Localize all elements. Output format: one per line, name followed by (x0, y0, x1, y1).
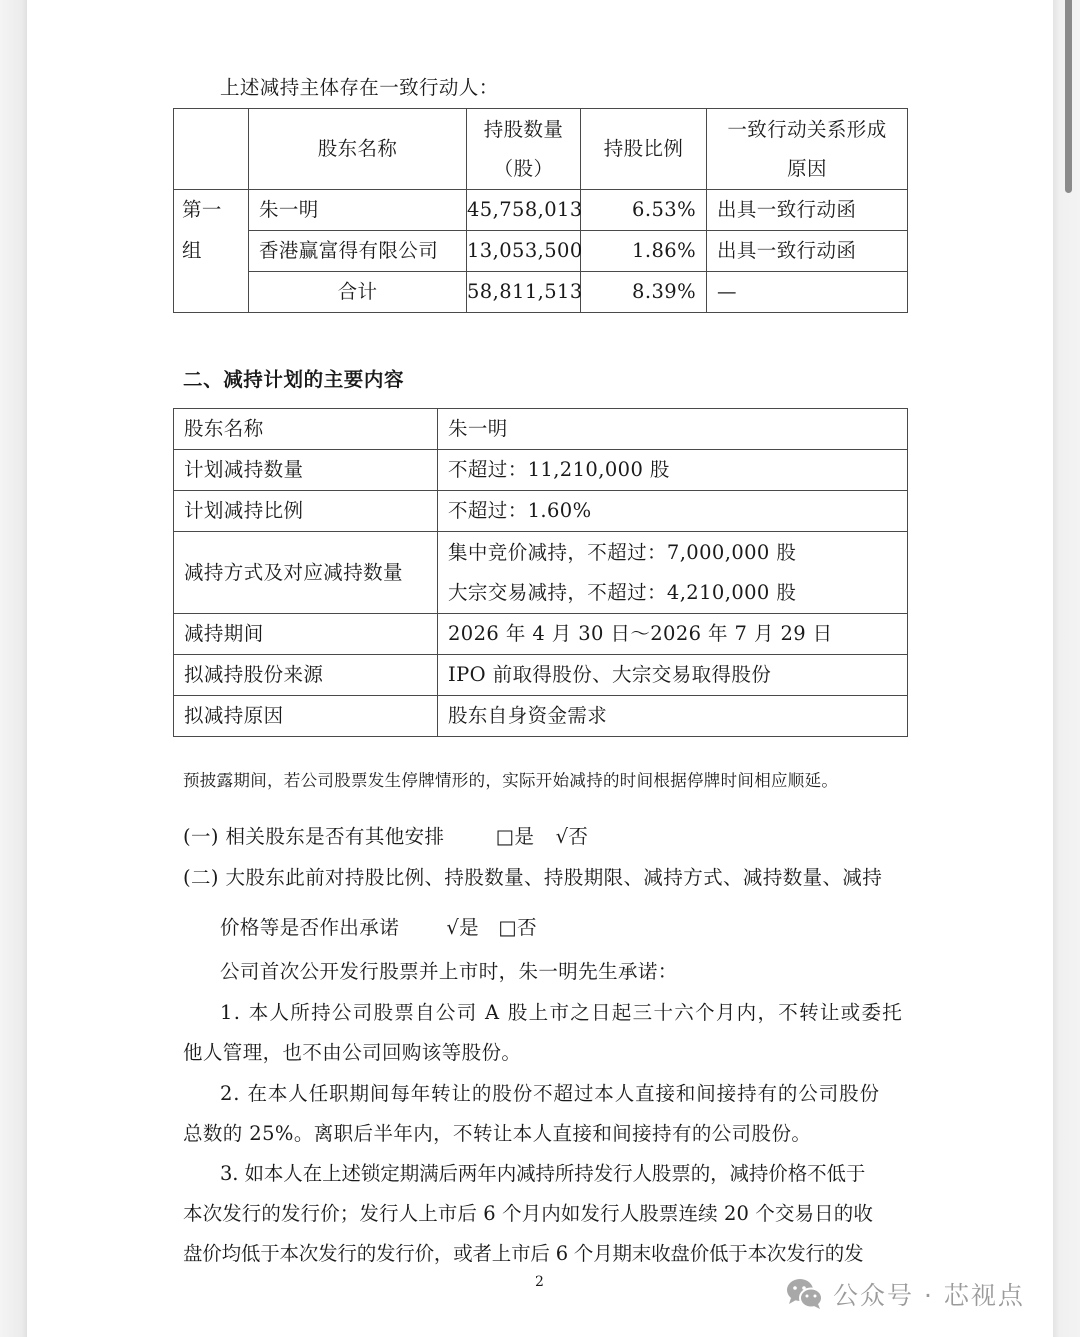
cell-name: 香港赢富得有限公司 (249, 231, 467, 272)
option-yes-label: 是 (459, 916, 479, 939)
table-total-row: 合计 58,811,513 8.39% — (174, 272, 908, 313)
commitment-1-line1: 1. 本人所持公司股票自公司 A 股上市之日起三十六个月内，不转让或委托 (220, 1003, 903, 1023)
cell-total-shares: 58,811,513 (467, 272, 581, 313)
label-cell: 拟减持原因 (174, 696, 438, 737)
value-cell: 朱一明 (438, 409, 908, 450)
header-reason-line2: 原因 (707, 159, 907, 179)
header-reason: 一致行动关系形成 原因 (707, 109, 908, 190)
cell-ratio: 6.53% (581, 190, 707, 231)
checkmark-icon: √ (446, 916, 459, 939)
group-label: 第一 组 (174, 190, 249, 313)
wechat-icon (785, 1277, 825, 1311)
cell-total-label: 合计 (249, 272, 467, 313)
header-group (174, 109, 249, 190)
value-cell: IPO 前取得股份、大宗交易取得股份 (438, 655, 908, 696)
value-cell: 2026 年 4 月 30 日～2026 年 7 月 29 日 (438, 614, 908, 655)
table-row: 减持期间 2026 年 4 月 30 日～2026 年 7 月 29 日 (174, 614, 908, 655)
label-cell: 拟减持股份来源 (174, 655, 438, 696)
question-other-arrangements: (一) 相关股东是否有其他安排 □是 √否 (183, 827, 588, 847)
option-no-label: 否 (568, 825, 588, 848)
watermark: 公众号 · 芯视点 (785, 1276, 1025, 1312)
cell-name: 朱一明 (249, 190, 467, 231)
cell-total-ratio: 8.39% (581, 272, 707, 313)
header-shares-line2: （股） (467, 159, 580, 179)
value-cell: 不超过：11,210,000 股 (438, 450, 908, 491)
commitment-3-line2: 本次发行的发行价；发行人上市后 6 个月内如发行人股票连续 20 个交易日的收 (183, 1204, 873, 1224)
concert-parties-table: 股东名称 持股数量 （股） 持股比例 一致行动关系形成 原因 第一 组 朱一明 … (173, 108, 908, 313)
header-ratio: 持股比例 (581, 109, 707, 190)
table-row: 计划减持比例 不超过：1.60% (174, 491, 908, 532)
label-cell: 股东名称 (174, 409, 438, 450)
cell-shares: 45,758,013 (467, 190, 581, 231)
header-shareholder-name: 股东名称 (249, 109, 467, 190)
suspension-note: 预披露期间，若公司股票发生停牌情形的，实际开始减持的时间根据停牌时间相应顺延。 (183, 767, 838, 791)
header-shares-line1: 持股数量 (467, 120, 580, 140)
question-text: 价格等是否作出承诺 (220, 916, 399, 939)
table-row: 第一 组 朱一明 45,758,013 6.53% 出具一致行动函 (174, 190, 908, 231)
left-gutter (0, 0, 27, 1337)
group-label-line1: 第一 (182, 200, 248, 220)
commitment-3-line1: 3. 如本人在上述锁定期满后两年内减持所持发行人股票的，减持价格不低于 (220, 1164, 865, 1184)
commitment-3-line3: 盘价均低于本次发行的发行价，或者上市后 6 个月期末收盘价低于本次发行的发 (183, 1244, 863, 1264)
intro-line: 上述减持主体存在一致行动人： (220, 78, 499, 98)
question-text: (一) 相关股东是否有其他安排 (183, 825, 444, 848)
checkmark-icon: √ (556, 825, 569, 848)
header-shares: 持股数量 （股） (467, 109, 581, 190)
checkbox-unchecked-icon: □ (496, 825, 515, 848)
scrollbar-thumb[interactable] (1065, 0, 1072, 193)
cell-ratio: 1.86% (581, 231, 707, 272)
commitment-2-line2: 总数的 25%。离职后半年内，不转让本人直接和间接持有的公司股份。 (183, 1124, 811, 1144)
question-commitments-line2: 价格等是否作出承诺 √是 □否 (220, 918, 537, 938)
option-yes-label: 是 (514, 825, 534, 848)
cell-total-reason: — (707, 272, 908, 313)
right-gutter (1053, 0, 1080, 1337)
label-cell: 减持期间 (174, 614, 438, 655)
table-header-row: 股东名称 持股数量 （股） 持股比例 一致行动关系形成 原因 (174, 109, 908, 190)
value-cell: 股东自身资金需求 (438, 696, 908, 737)
label-cell: 减持方式及对应减持数量 (174, 532, 438, 614)
commitment-1-line2: 他人管理，也不由公司回购该等股份。 (183, 1043, 521, 1063)
table-row: 计划减持数量 不超过：11,210,000 股 (174, 450, 908, 491)
label-cell: 计划减持数量 (174, 450, 438, 491)
cell-reason: 出具一致行动函 (707, 190, 908, 231)
value-line-2: 大宗交易减持，不超过：4,210,000 股 (448, 583, 907, 603)
checkbox-unchecked-icon: □ (498, 916, 517, 939)
table-row: 股东名称 朱一明 (174, 409, 908, 450)
group-label-line2: 组 (182, 241, 248, 261)
watermark-text: 公众号 · 芯视点 (833, 1276, 1025, 1312)
commitment-intro: 公司首次公开发行股票并上市时，朱一明先生承诺： (220, 962, 678, 982)
table-row: 拟减持股份来源 IPO 前取得股份、大宗交易取得股份 (174, 655, 908, 696)
table-row: 香港赢富得有限公司 13,053,500 1.86% 出具一致行动函 (174, 231, 908, 272)
cell-reason: 出具一致行动函 (707, 231, 908, 272)
section-title: 二、减持计划的主要内容 (183, 364, 404, 392)
reduction-plan-table: 股东名称 朱一明 计划减持数量 不超过：11,210,000 股 计划减持比例 … (173, 408, 908, 737)
value-cell: 不超过：1.60% (438, 491, 908, 532)
value-cell: 集中竞价减持，不超过：7,000,000 股 大宗交易减持，不超过：4,210,… (438, 532, 908, 614)
option-no-label: 否 (517, 916, 537, 939)
commitment-2-line1: 2. 在本人任职期间每年转让的股份不超过本人直接和间接持有的公司股份 (220, 1084, 880, 1104)
page-number: 2 (535, 1274, 544, 1290)
header-reason-line1: 一致行动关系形成 (707, 120, 907, 140)
value-line-1: 集中竞价减持，不超过：7,000,000 股 (448, 543, 907, 563)
table-row: 拟减持原因 股东自身资金需求 (174, 696, 908, 737)
table-row: 减持方式及对应减持数量 集中竞价减持，不超过：7,000,000 股 大宗交易减… (174, 532, 908, 614)
label-cell: 计划减持比例 (174, 491, 438, 532)
question-commitments-line1: (二) 大股东此前对持股比例、持股数量、持股期限、减持方式、减持数量、减持 (183, 868, 882, 888)
cell-shares: 13,053,500 (467, 231, 581, 272)
